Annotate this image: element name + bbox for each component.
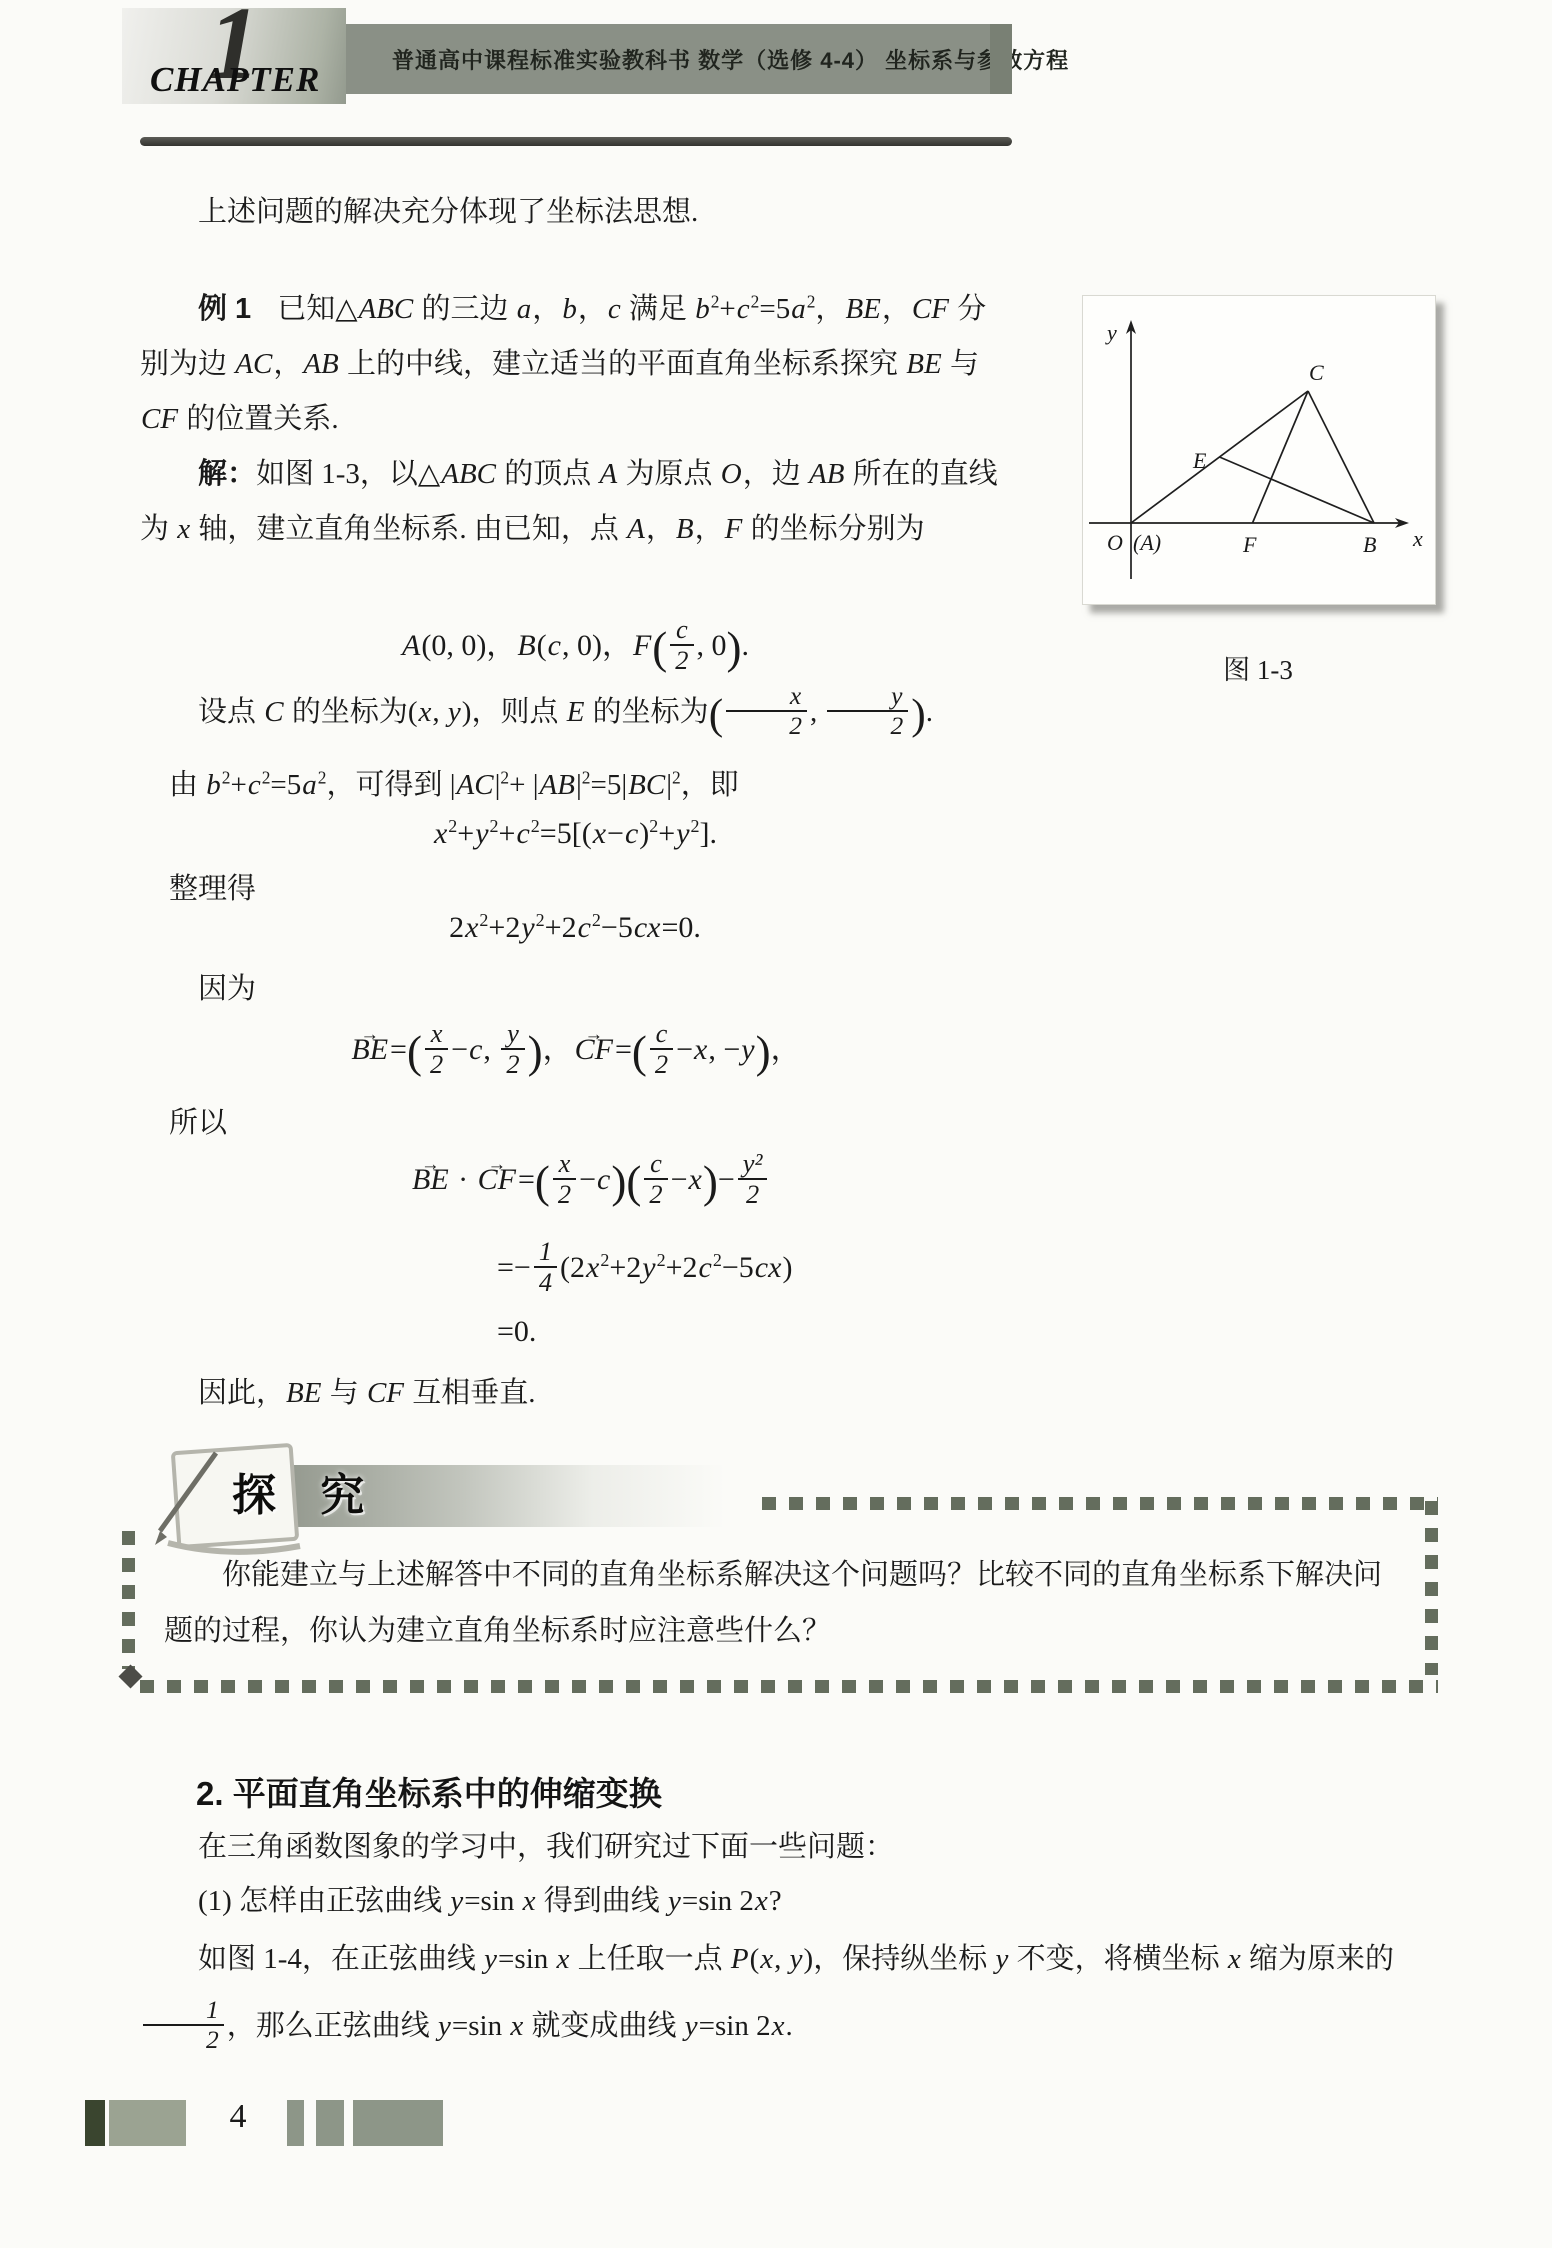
label-point-f: F [1242, 532, 1257, 557]
label-point-e: E [1192, 448, 1207, 473]
paragraph-so: 所以 [140, 1096, 227, 1151]
chapter-banner: 1 CHAPTER [122, 8, 346, 104]
section2-question-1: (1) 怎样由正弦曲线 y=sin x 得到曲线 y=sin 2x? [140, 1874, 1460, 1929]
formula-simplified: 2x2+2y2+2c2−5cx=0. [140, 900, 1010, 955]
footer-ornament-light [109, 2100, 186, 2146]
label-vertex-c: C [1309, 360, 1324, 385]
footer-ornament-large [353, 2100, 443, 2146]
solution-text: 如图 1-3，以△ABC 的顶点 A 为原点 O，边 AB 所在的直线为 x 轴… [140, 458, 998, 545]
explore-question: 你能建立与上述解答中不同的直角坐标系解决这个问题吗？比较不同的直角坐标系下解决问… [164, 1547, 1399, 1659]
explore-box: 探 究 你能建立与上述解答中不同的直角坐标系解决这个问题吗？比较不同的直角坐标系… [122, 1497, 1438, 1693]
label-vertex-a: (A) [1133, 530, 1161, 555]
example-paragraph: 例 1已知△ABC 的三边 a，b，c 满足 b2+c2=5a2，BE，CF 分… [140, 282, 1010, 447]
section2-paragraph-2: 如图 1-4，在正弦曲线 y=sin x 上任取一点 P(x, y)，保持纵坐标… [140, 1926, 1452, 2060]
chapter-label: CHAPTER [150, 60, 320, 100]
section2-paragraph-1: 在三角函数图象的学习中，我们研究过下面一些问题： [140, 1820, 1460, 1875]
dashed-border-top [762, 1497, 1438, 1510]
label-origin: O [1107, 530, 1123, 555]
paragraph-set-c: 设点 C 的坐标为(x, y)，则点 E 的坐标为(x2, y2). [140, 676, 1120, 748]
formula-expanded: x2+y2+c2=5[(x−c)2+y2]. [140, 806, 1010, 861]
footer-ornament-dark [85, 2100, 105, 2146]
explore-label: 探 究 [232, 1459, 380, 1523]
textbook-page: 1 CHAPTER 普通高中课程标准实验教科书 数学（选修 4-4） 坐标系与参… [0, 0, 1552, 2248]
dashed-border-bottom [140, 1680, 1438, 1693]
formula-coordinates: A(0, 0)，B(c, 0)，F(c2, 0). [140, 608, 1010, 684]
dashed-border-left [122, 1531, 135, 1669]
header-rule [140, 137, 1012, 146]
solution-label: 解： [198, 458, 256, 490]
label-x-axis: x [1412, 526, 1423, 551]
paragraph-conclusion: 因此，BE 与 CF 互相垂直. [140, 1366, 1020, 1421]
example-label: 例 1 [198, 293, 251, 325]
footer-ornament-medium [316, 2100, 344, 2146]
section-2-heading: 2. 平面直角坐标系中的伸缩变换 [196, 1768, 662, 1815]
triangle-diagram: y x O (A) F B C E [1083, 296, 1435, 604]
formula-dot-product-line1: BE · CF=(x2−c)(c2−x)−y²2 [410, 1138, 770, 1222]
formula-vectors: BE=(x2−c, y2)，CF=(c2−x, −y)， [140, 1008, 1010, 1092]
label-vertex-b: B [1363, 532, 1376, 557]
label-y-axis: y [1105, 320, 1117, 345]
solution-paragraph: 解：如图 1-3，以△ABC 的顶点 A 为原点 O，边 AB 所在的直线为 x… [140, 447, 1010, 557]
example-block: 例 1已知△ABC 的三边 a，b，c 满足 b2+c2=5a2，BE，CF 分… [140, 282, 1010, 557]
figure-caption: 图 1-3 [1082, 648, 1434, 687]
header-title-bar: 普通高中课程标准实验教科书 数学（选修 4-4） 坐标系与参数方程 [346, 24, 1012, 94]
footer-ornament-small [287, 2100, 304, 2146]
paragraph-from-condition: 由 b2+c2=5a2，可得到 |AC|2+ |AB|2=5|BC|2，即 [140, 758, 1040, 813]
paragraph-intro: 上述问题的解决充分体现了坐标法思想. [140, 185, 1020, 240]
dashed-border-right [1425, 1501, 1438, 1675]
formula-dot-product-line3: =0. [497, 1302, 536, 1362]
page-number: 4 [218, 2098, 258, 2136]
example-text: 已知△ABC 的三边 a，b，c 满足 b2+c2=5a2，BE，CF 分别为边… [140, 293, 986, 435]
book-title: 普通高中课程标准实验教科书 数学（选修 4-4） 坐标系与参数方程 [346, 44, 1069, 75]
formula-dot-product-line2: =−14(2x2+2y2+2c2−5cx) [497, 1226, 792, 1310]
figure-1-3: y x O (A) F B C E [1082, 295, 1436, 605]
